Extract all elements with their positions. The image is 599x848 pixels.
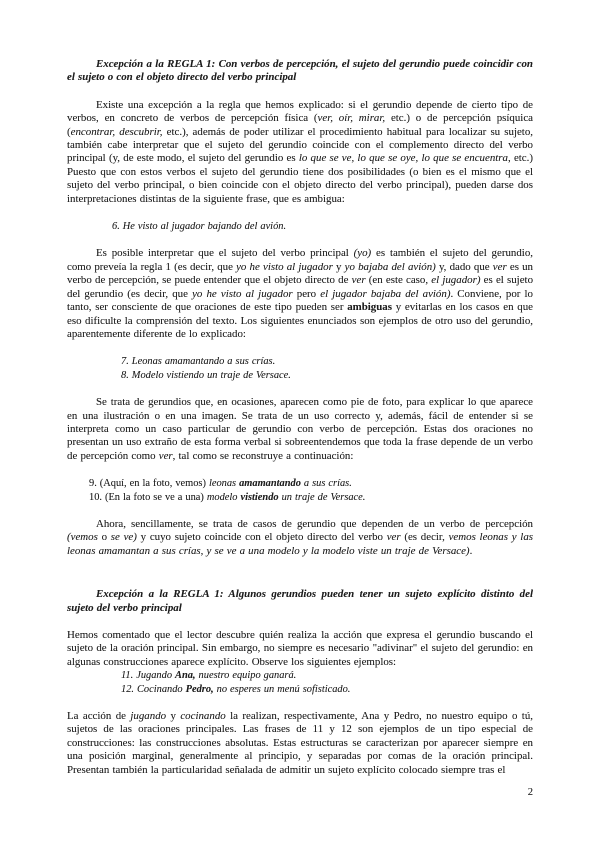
text-run: 7. Leonas amamantando a sus crías. [121,356,275,367]
text-run: (vemos [67,531,98,543]
text-run: ver [159,450,173,462]
text-run: amamantando [239,478,301,489]
text-run: jugando [130,710,166,722]
text-run: vistiendo [240,492,278,503]
text-run: y [333,261,345,273]
text-run: a sus crías. [301,478,352,489]
example-7: 7. Leonas amamantando a sus crías. [67,355,533,368]
text-run: yo he visto al jugador [192,288,293,300]
text-run: leonas [209,478,239,489]
text-run: y, dado que [436,261,493,273]
text-run: (yo) [354,247,372,259]
example-10: 10. (En la foto se ve a una) modelo vist… [67,491,533,504]
text-run: yo he visto al jugador [236,261,333,273]
text-run: lo que se ve, lo que se oye, lo que se e… [299,152,508,164]
paragraph-two-interpretations: Es posible interpretar que el sujeto del… [67,247,533,341]
text-run: 12. Cocinando [121,684,186,695]
text-run: (es decir, [401,531,449,543]
text-run: se ve) [111,531,137,543]
example-11: 11. Jugando Ana, nuestro equipo ganará. [67,669,533,682]
text-run: no esperes un menú sofisticado. [214,684,351,695]
text-run: Ahora, sencillamente, se trata de casos … [96,518,533,530]
text-run: el jugador) [431,274,480,286]
paragraph-exception-explanation: Existe una excepción a la regla que hemo… [67,99,533,206]
text-run: el jugador bajaba del avión) [320,288,450,300]
text-run: ver [493,261,507,273]
text-run: ver [387,531,401,543]
text-run: (en este caso, [366,274,432,286]
document-body: Excepción a la REGLA 1: Con verbos de pe… [67,58,533,799]
section-heading-exception-rule1-explicit-subject: Excepción a la REGLA 1: Algunos gerundio… [67,588,533,615]
text-run: ver, oír, mirar, [318,112,386,124]
text-run: . [470,545,473,557]
example-12: 12. Cocinando Pedro, no esperes un menú … [67,683,533,696]
text-run: 6. He visto al jugador bajando del avión… [112,221,286,232]
text-run: un traje de Versace. [279,492,366,503]
text-run: La acción de [67,710,130,722]
paragraph-explicit-subject-intro: Hemos comentado que el lector descubre q… [67,629,533,669]
text-run: Excepción a la REGLA 1: Con verbos de pe… [67,58,533,83]
document-page: Excepción a la REGLA 1: Con verbos de pe… [0,0,599,848]
paragraph-perception-verb-cases: Ahora, sencillamente, se trata de casos … [67,518,533,558]
page-number: 2 [67,786,533,799]
text-run: cocinando [180,710,225,722]
example-6: 6. He visto al jugador bajando del avión… [67,220,533,233]
text-run: Ana, [175,670,196,681]
text-run: encontrar, descubrir, [71,126,163,138]
text-run: Pedro, [186,684,214,695]
text-run: Excepción a la REGLA 1: Algunos gerundio… [67,588,533,613]
paragraph-absolute-constructions: La acción de jugando y cocinando la real… [67,710,533,777]
text-run: pero [293,288,321,300]
text-run: Es posible interpretar que el sujeto del… [96,247,354,259]
text-run: modelo [207,492,241,503]
text-run: yo bajaba del avión) [345,261,436,273]
text-run: 10. (En la foto se ve a una) [89,492,207,503]
text-run: y [166,710,180,722]
example-9: 9. (Aquí, en la foto, vemos) leonas amam… [67,477,533,490]
text-run: o [98,531,111,543]
text-run: Hemos comentado que el lector descubre q… [67,629,533,668]
example-8: 8. Modelo vistiendo un traje de Versace. [67,369,533,382]
text-run: 8. Modelo vistiendo un traje de Versace. [121,370,291,381]
text-run: , tal como se reconstruye a continuación… [173,450,354,462]
text-run: nuestro equipo ganará. [196,670,297,681]
section-heading-exception-rule1-perception: Excepción a la REGLA 1: Con verbos de pe… [67,58,533,85]
paragraph-photo-captions: Se trata de gerundios que, en ocasiones,… [67,396,533,463]
text-run: ver [352,274,366,286]
text-run: y cuyo sujeto coincide con el objeto dir… [137,531,387,543]
text-run: 11. Jugando [121,670,175,681]
text-run: 9. (Aquí, en la foto, vemos) [89,478,209,489]
text-run: ambiguas [347,301,392,313]
